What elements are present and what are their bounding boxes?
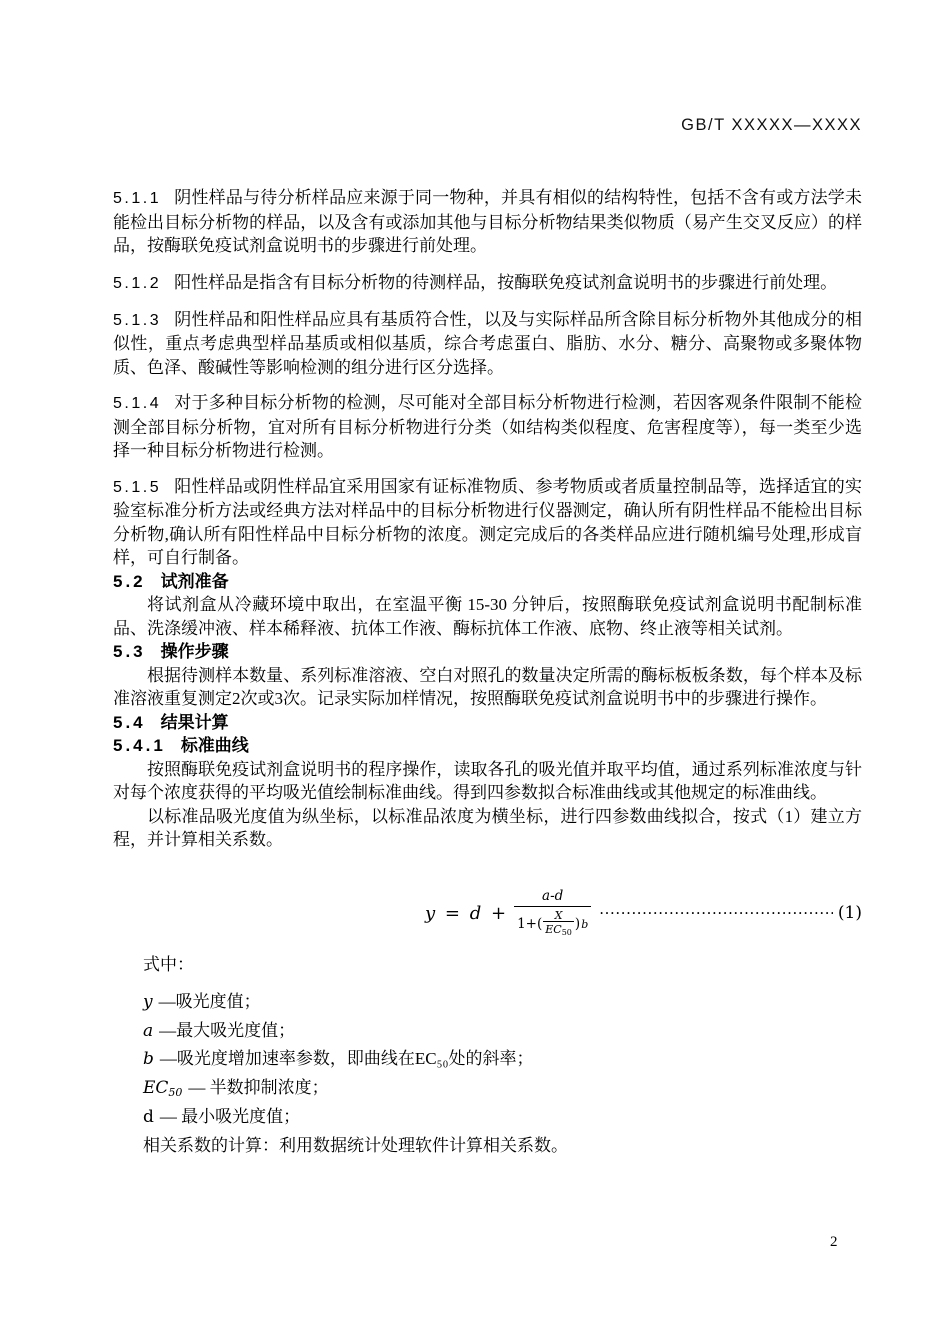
equation-left-side: y = d + (425, 903, 508, 924)
symbol-definitions: y—吸光度值； a—最大吸光度值； b—吸光度增加速率参数，即曲线在EC₅₀处的… (143, 990, 862, 1157)
heading-title: 标准曲线 (181, 736, 249, 755)
clause-text: 阳性样品是指含有目标分析物的待测样品，按酶联免疫试剂盒说明书的步骤进行前处理。 (174, 273, 837, 292)
symbol: a (143, 1021, 153, 1041)
symbol: y (143, 992, 153, 1012)
heading-5-4-1: 5.4.1标准曲线 (113, 734, 862, 758)
symbol-definition-ec50: EC50— 半数抑制浓度； (143, 1076, 862, 1105)
exponent-b: b (581, 917, 588, 932)
where-label: 式中： (143, 953, 862, 977)
clause-5-1-4: 5.1.4对于多种目标分析物的检测，尽可能对全部目标分析物进行检测，若因客观条件… (113, 391, 862, 463)
clause-text: 阴性样品和阳性样品应具有基质符合性，以及与实际样品所含除目标分析物外其他成分的相… (113, 310, 862, 377)
symbol-definition-a: a—最大吸光度值； (143, 1019, 862, 1048)
symbol-description: — 最小吸光度值； (160, 1107, 300, 1126)
note-text: 相关系数的计算：利用数据统计处理软件计算相关系数。 (143, 1136, 568, 1155)
heading-number: 5.4.1 (113, 736, 166, 755)
symbol-description: —吸光度增加速率参数，即曲线在EC₅₀处的斜率； (160, 1049, 534, 1068)
heading-number: 5.3 (113, 642, 146, 661)
heading-5-4: 5.4结果计算 (113, 711, 862, 735)
symbol-definition-d: d— 最小吸光度值； (143, 1105, 862, 1134)
symbol: d (143, 1107, 154, 1127)
denominator-suffix: ) (575, 917, 580, 932)
ec-symbol: EC (545, 923, 561, 936)
inner-fraction: XEC50 (543, 910, 574, 939)
heading-5-2: 5.2试剂准备 (113, 570, 862, 594)
paragraph-5-4-1-b: 以标准品吸光度值为纵坐标，以标准品浓度为横坐标，进行四参数曲线拟合，按式（1）建… (113, 805, 862, 852)
symbol-description: —吸光度值； (159, 992, 261, 1011)
fraction-numerator: a-d (532, 888, 573, 906)
fraction: a-d 1+(XEC50)b (514, 888, 591, 939)
clause-text: 阴性样品与待分析样品应来源于同一物种，并具有相似的结构特性，包括不含有或方法学未… (113, 188, 862, 255)
inner-denominator: EC50 (543, 921, 574, 939)
clause-5-1-3: 5.1.3阴性样品和阳性样品应具有基质符合性，以及与实际样品所含除目标分析物外其… (113, 308, 862, 380)
equation-1: y = d + a-d 1+(XEC50)b ·················… (113, 888, 862, 939)
heading-number: 5.2 (113, 572, 146, 591)
clause-number: 5.1.5 (113, 479, 161, 496)
clause-text: 对于多种目标分析物的检测，尽可能对全部目标分析物进行检测，若因客观条件限制不能检… (113, 393, 862, 460)
page-content: 5.1.1阴性样品与待分析样品应来源于同一物种，并具有相似的结构特性，包括不含有… (113, 186, 862, 1157)
heading-title: 结果计算 (161, 713, 229, 732)
clause-5-1-2: 5.1.2阳性样品是指含有目标分析物的待测样品，按酶联免疫试剂盒说明书的步骤进行… (113, 271, 862, 296)
var-y: y (425, 903, 437, 924)
heading-title: 操作步骤 (161, 642, 229, 661)
clause-text: 阳性样品或阴性样品宜采用国家有证标准物质、参考物质或者质量控制品等，选择适宜的实… (113, 477, 862, 568)
standard-document-page: GB/T XXXXX—XXXX 5.1.1阴性样品与待分析样品应来源于同一物种，… (0, 0, 950, 1344)
equals-sign: = (445, 903, 462, 924)
paragraph-5-2: 将试剂盒从冷藏环境中取出，在室温平衡 15-30 分钟后，按照酶联免疫试剂盒说明… (113, 593, 862, 640)
clause-number: 5.1.2 (113, 275, 161, 292)
paragraph-5-3: 根据待测样本数量、系列标准溶液、空白对照孔的数量决定所需的酶标板板条数，每个样本… (113, 664, 862, 711)
var-d: d (470, 903, 484, 924)
dotted-leader: ········································… (599, 904, 833, 922)
heading-title: 试剂准备 (161, 572, 229, 591)
plus-sign: + (491, 903, 508, 924)
document-code-header: GB/T XXXXX—XXXX (681, 116, 862, 135)
clause-number: 5.1.4 (113, 395, 161, 412)
ec-subscript: 50 (562, 928, 572, 937)
page-number: 2 (830, 1234, 838, 1251)
heading-5-3: 5.3操作步骤 (113, 640, 862, 664)
clause-number: 5.1.1 (113, 190, 161, 207)
symbol-description: — 半数抑制浓度； (188, 1078, 328, 1097)
symbol-description: —最大吸光度值； (159, 1021, 295, 1040)
paragraph-5-4-1-a: 按照酶联免疫试剂盒说明书的程序操作，读取各孔的吸光值并取平均值，通过系列标准浓度… (113, 758, 862, 805)
symbol: EC50 (143, 1078, 182, 1098)
equation-number: (1) (838, 903, 862, 923)
fraction-denominator: 1+(XEC50)b (514, 906, 591, 939)
symbol-definition-y: y—吸光度值； (143, 990, 862, 1019)
denominator-prefix: 1+( (517, 917, 542, 932)
symbol: b (143, 1049, 154, 1069)
inner-numerator: X (555, 910, 563, 921)
symbol-definition-b: b—吸光度增加速率参数，即曲线在EC₅₀处的斜率； (143, 1047, 862, 1076)
clause-number: 5.1.3 (113, 312, 161, 329)
clause-5-1-5: 5.1.5阳性样品或阴性样品宜采用国家有证标准物质、参考物质或者质量控制品等，选… (113, 475, 862, 570)
heading-number: 5.4 (113, 713, 146, 732)
clause-5-1-1: 5.1.1阴性样品与待分析样品应来源于同一物种，并具有相似的结构特性，包括不含有… (113, 186, 862, 258)
correlation-note: 相关系数的计算：利用数据统计处理软件计算相关系数。 (143, 1134, 862, 1158)
